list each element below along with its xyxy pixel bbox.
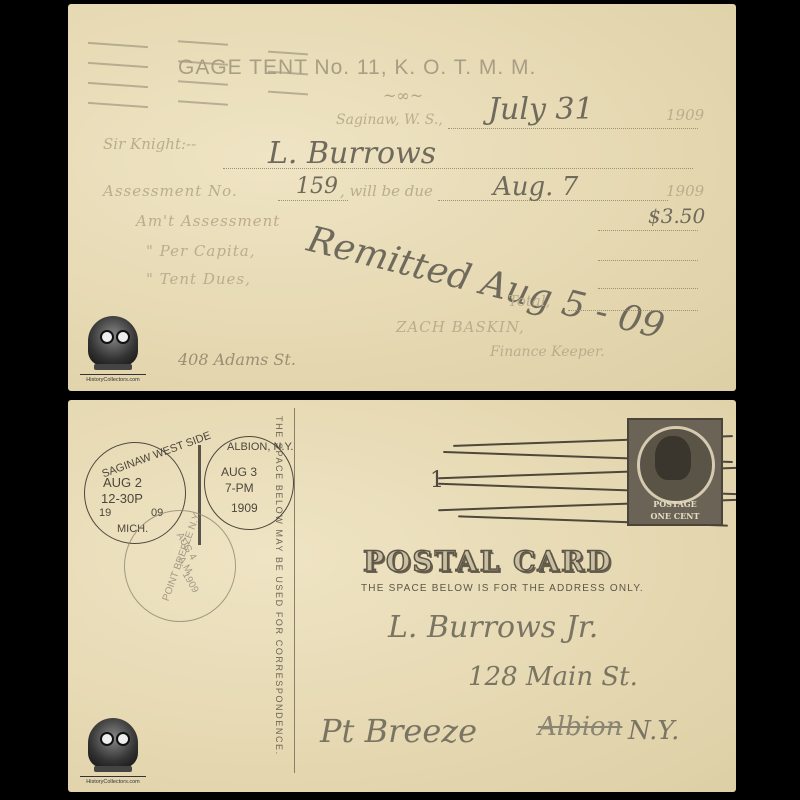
date-handwritten: July 31 [488, 92, 594, 127]
postal-card-title: POSTAL CARD [363, 545, 613, 578]
addressee-city-struck: Albion [538, 712, 622, 742]
watermark-logo: HistoryCollectors.com [80, 316, 146, 386]
divider-line [294, 408, 295, 773]
due-label: , will be due [340, 182, 433, 200]
recipient-handwritten: L. Burrows [268, 136, 436, 171]
due-date-handwritten: Aug. 7 [493, 172, 578, 202]
addressee-state: N.Y. [628, 716, 679, 746]
assessment-number: 159 [296, 174, 338, 199]
officer-title: Finance Keeper. [490, 344, 605, 360]
salutation: Sir Knight:-- [103, 135, 196, 153]
watermark-logo-back: HistoryCollectors.com [80, 718, 146, 788]
lodge-heading: GAGE TENT No. 11, K. O. T. M. M. [178, 56, 536, 80]
book-icon [94, 364, 132, 370]
flourish-ornament: ~∞~ [383, 86, 423, 105]
amt-assessment-label: Am't Assessment [136, 212, 280, 230]
officer-name: ZACH BASKIN, [396, 318, 525, 336]
tent-dues-label: " Tent Dues, [146, 270, 251, 288]
due-year: 1909 [666, 182, 704, 200]
postcard-back: THE SPACE BELOW MAY BE USED FOR CORRESPO… [68, 400, 736, 792]
mckinley-portrait-icon [655, 436, 691, 480]
watermark-brand: HistoryCollectors.com [80, 377, 146, 383]
owl-icon [88, 316, 138, 366]
addressee-street: 128 Main St. [468, 662, 638, 692]
address-only-note: THE SPACE BELOW IS FOR THE ADDRESS ONLY. [361, 583, 644, 594]
street-address: 408 Adams St. [178, 350, 296, 369]
year-printed: 1909 [666, 106, 704, 124]
per-capita-label: " Per Capita, [146, 242, 255, 260]
assessment-label: Assessment No. [103, 182, 238, 200]
addressee-city-new: Pt Breeze [320, 712, 477, 750]
addressee-name: L. Burrows Jr. [388, 610, 598, 645]
location-label: Saginaw, W. S., [336, 112, 443, 128]
postcard-front: GAGE TENT No. 11, K. O. T. M. M. ~∞~ Sag… [68, 4, 736, 391]
one-cent-stamp: POSTAGE ONE CENT [627, 418, 723, 526]
amt-assessment-value: $3.50 [648, 204, 705, 228]
owl-icon [88, 718, 138, 768]
total-label: Total, [508, 292, 550, 310]
cancel-number: 1 [430, 468, 444, 493]
book-icon [94, 766, 132, 772]
postmark-point-breeze: POINT BREEZE N.Y. AUG 4 A.M. 1909 [124, 510, 236, 622]
postmark-albion: ALBION, N.Y. AUG 3 7-PM 1909 [204, 436, 294, 530]
